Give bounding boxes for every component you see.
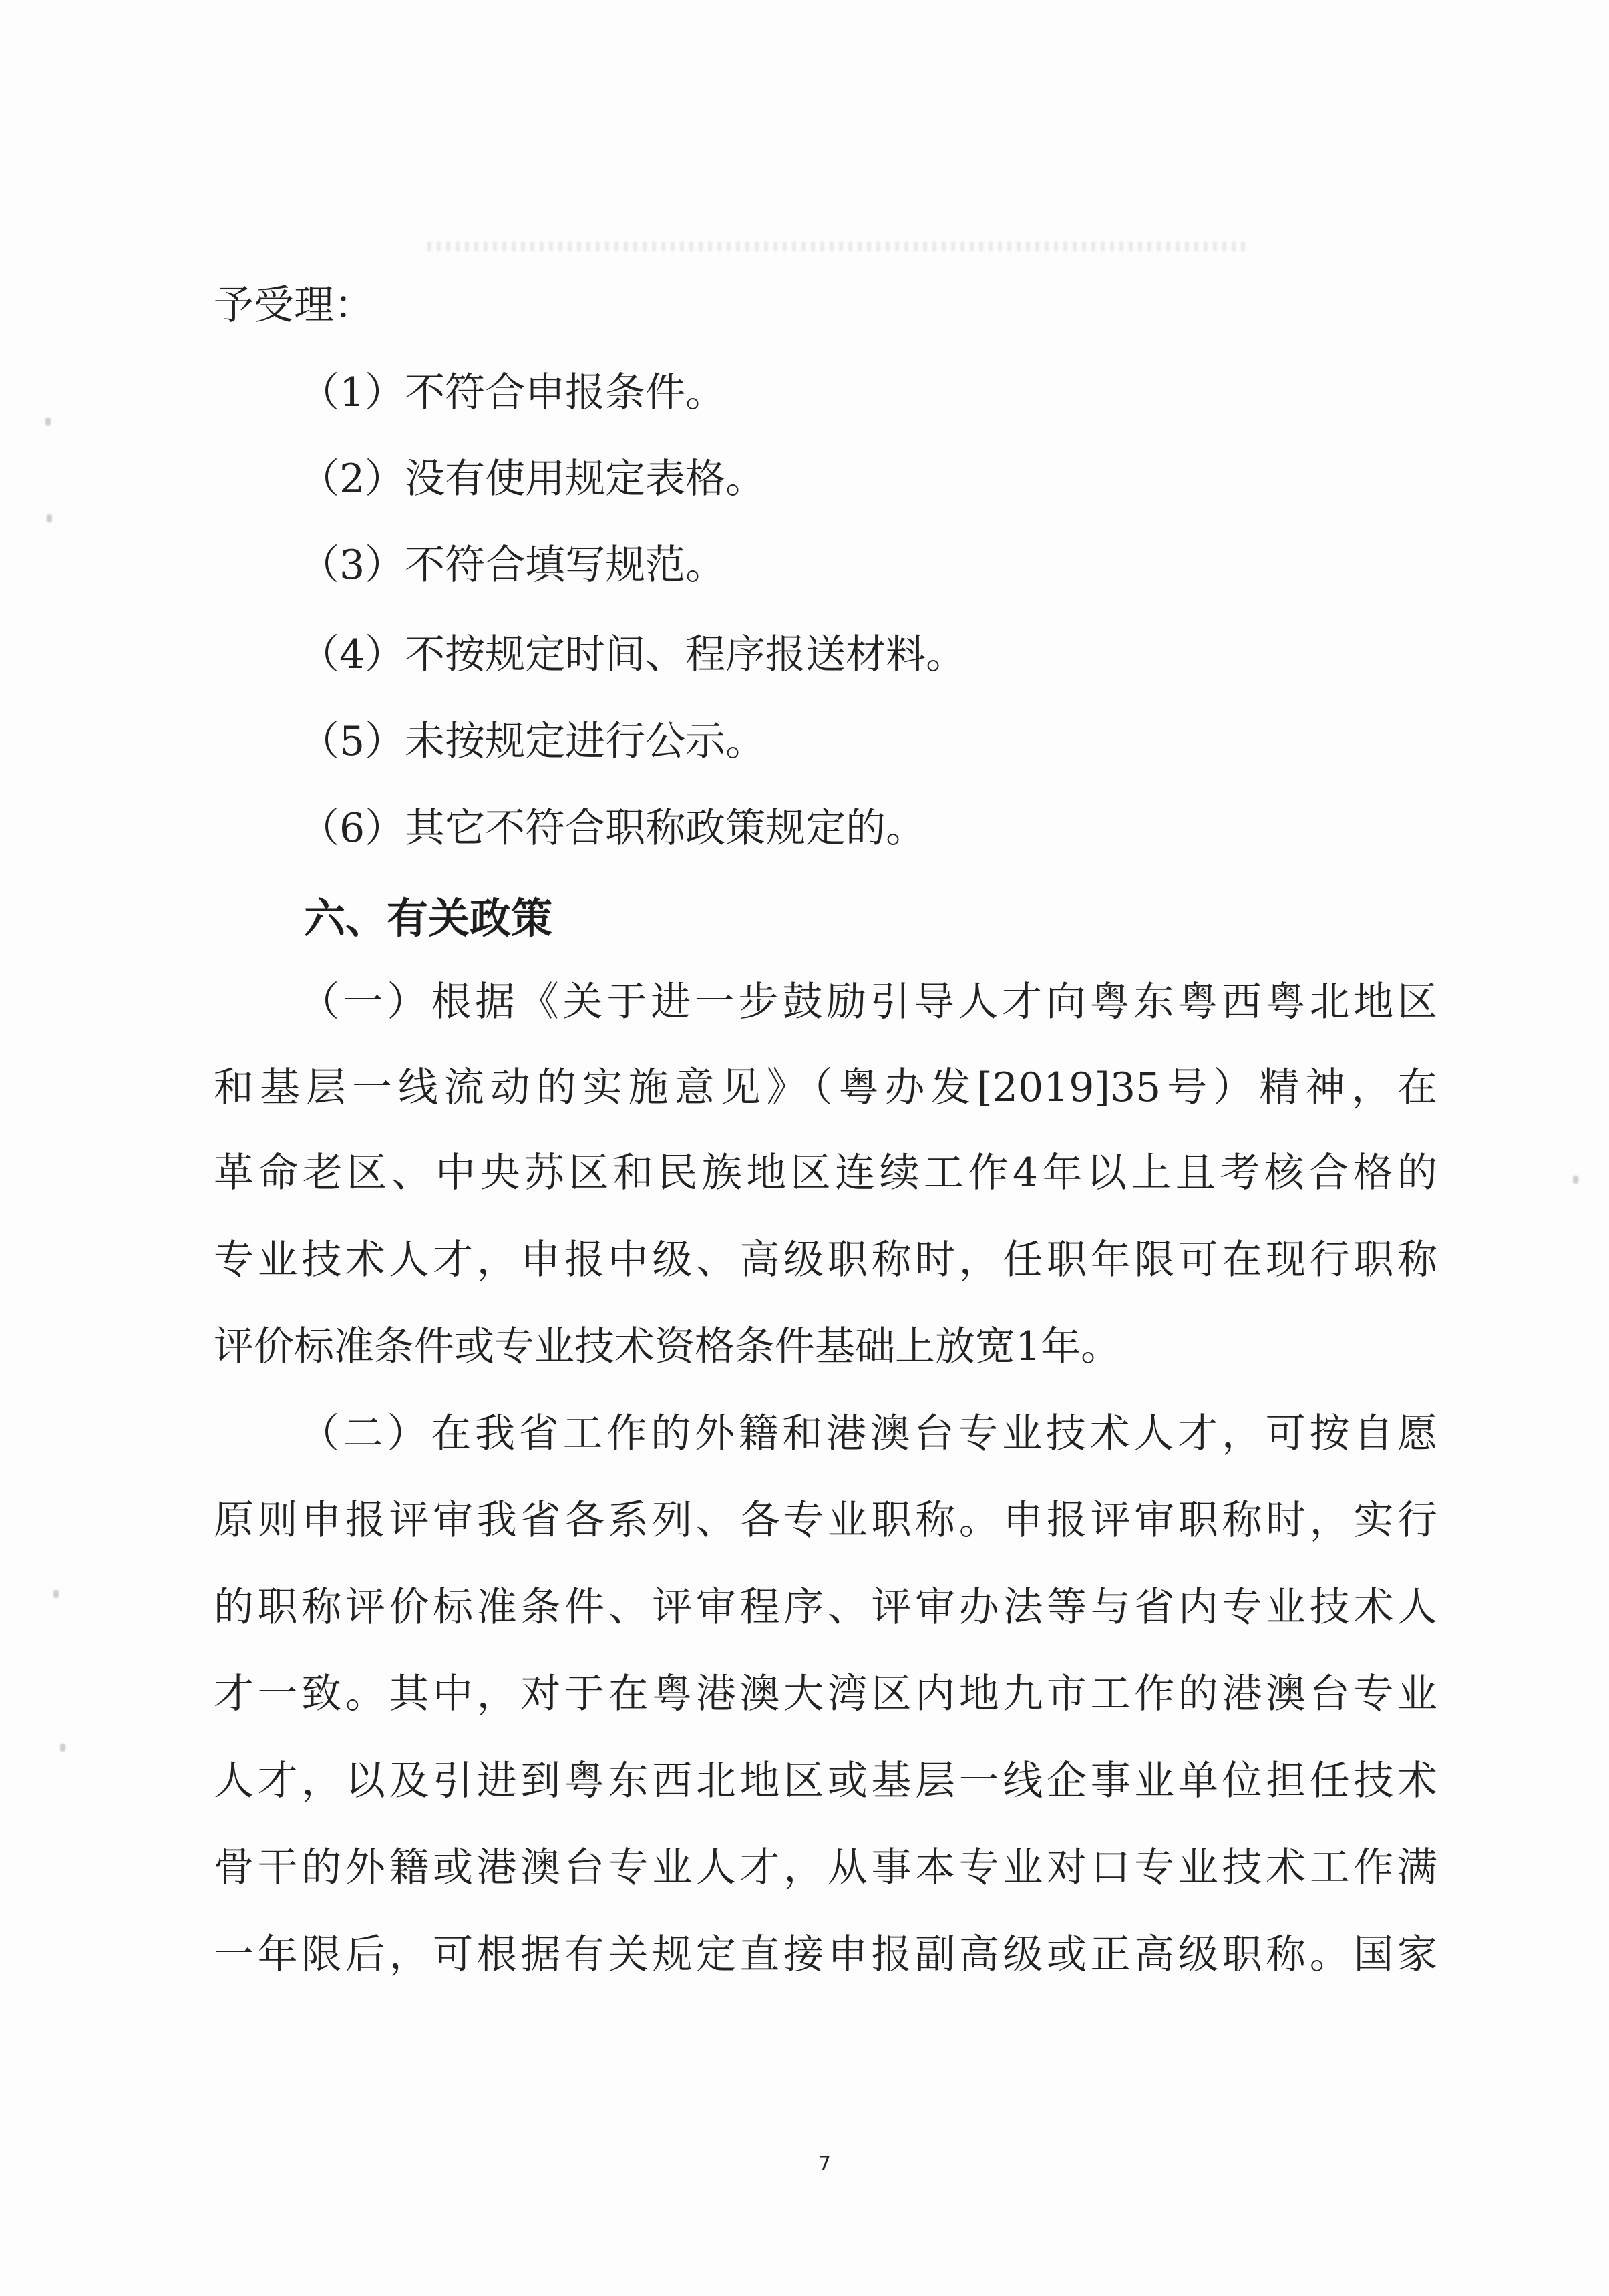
scan-speck — [53, 1590, 59, 1598]
policy-2-line-4: 才一致。其中，对于在粤港澳大湾区内地九市工作的港澳台专业 — [214, 1667, 1437, 1721]
rejection-item-4: （4）不按规定时间、程序报送材料。 — [299, 628, 966, 681]
rejection-item-3: （3）不符合填写规范。 — [299, 538, 725, 592]
policy-2-line-6: 骨干的外籍或港澳台专业人才，从事本专业对口专业技术工作满 — [214, 1841, 1437, 1895]
page-number: 7 — [818, 2152, 831, 2176]
rejection-item-1: （1）不符合申报条件。 — [299, 366, 725, 420]
section-heading: 六、有关政策 — [304, 892, 552, 945]
scan-speck — [45, 418, 51, 426]
policy-2-line-5: 人才，以及引进到粤东西北地区或基层一线企事业单位担任技术 — [214, 1754, 1437, 1808]
policy-1-line-1: （一）根据《关于进一步鼓励引导人才向粤东粤西粤北地区 — [299, 975, 1437, 1029]
policy-2-line-2: 原则申报评审我省各系列、各专业职称。申报评审职称时，实行 — [214, 1494, 1437, 1547]
policy-2-line-1: （二）在我省工作的外籍和港澳台专业技术人才，可按自愿 — [299, 1407, 1437, 1460]
policy-1-line-4: 专业技术人才，申报中级、高级职称时，任职年限可在现行职称 — [214, 1233, 1437, 1287]
intro-line: 予受理： — [214, 279, 1437, 332]
scan-speck — [1573, 1176, 1578, 1184]
document-page: 予受理： （1）不符合申报条件。 （2）没有使用规定表格。 （3）不符合填写规范… — [0, 0, 1609, 2296]
rejection-item-2: （2）没有使用规定表格。 — [299, 452, 765, 506]
policy-1-line-3: 革命老区、中央苏区和民族地区连续工作4年以上且考核合格的 — [214, 1146, 1437, 1200]
rejection-item-6: （6）其它不符合职称政策规定的。 — [299, 802, 926, 855]
scan-speck — [60, 1744, 65, 1752]
policy-1-line-5: 评价标准条件或专业技术资格条件基础上放宽1年。 — [214, 1320, 1437, 1373]
policy-2-line-7: 一年限后，可根据有关规定直接申报副高级或正高级职称。国家 — [214, 1928, 1437, 1981]
scan-speck — [47, 514, 52, 522]
scan-bleed-through — [427, 242, 1249, 251]
policy-1-line-2: 和基层一线流动的实施意见》（粤办发[2019]35号）精神，在 — [214, 1061, 1437, 1114]
policy-2-line-3: 的职称评价标准条件、评审程序、评审办法等与省内专业技术人 — [214, 1581, 1437, 1634]
rejection-item-5: （5）未按规定进行公示。 — [299, 715, 765, 768]
